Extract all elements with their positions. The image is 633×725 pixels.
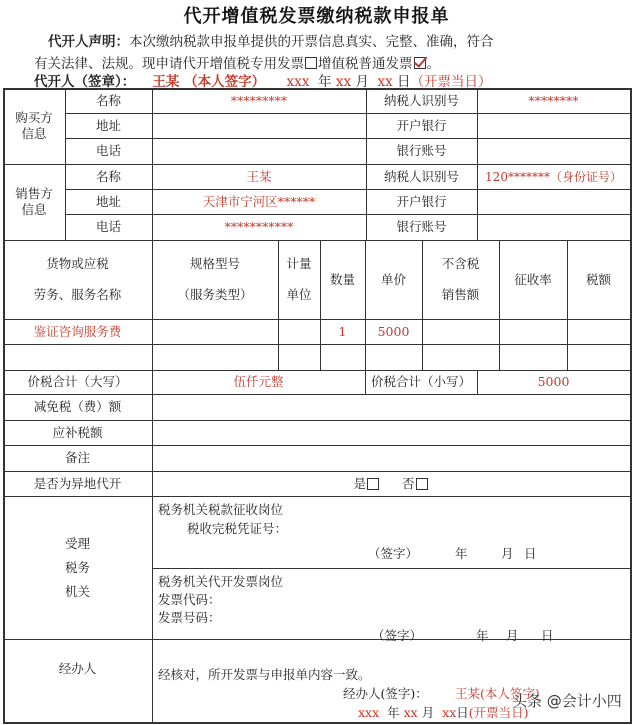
handler-statement: 经核对，所开发票与申报单内容一致。 — [158, 665, 371, 683]
buyer-phone-value[interactable] — [152, 138, 366, 164]
seller-name-label: 名称 — [65, 164, 152, 189]
seller-account-label: 银行账号 — [366, 214, 477, 240]
tax-payable-value[interactable] — [152, 420, 630, 445]
remote-yes-checkbox[interactable] — [367, 478, 379, 490]
remarks-label: 备注 — [3, 445, 152, 471]
item-1-name[interactable]: 鉴证咨询服务费 — [3, 319, 152, 344]
invoicing-sign-label: （签字） — [372, 626, 422, 644]
applicant-sign-line: 代开人（签章）： 王某 （本人签字） xxx 年 xx 月 xx 日（开票当日） — [34, 70, 491, 90]
collection-day-label: 日 — [524, 544, 537, 562]
remote-issue-options: 是 否 — [152, 471, 630, 496]
invoicing-day-label: 日 — [541, 626, 554, 644]
form-title: 代开增值税发票缴纳税款申报单 — [0, 2, 633, 28]
invoicing-month-label: 月 — [506, 626, 519, 644]
header-net-line2: 销售额 — [442, 287, 480, 303]
seller-phone-value[interactable]: *********** — [152, 214, 366, 240]
buyer-name-label: 名称 — [65, 88, 152, 113]
collection-post-title: 税务机关税款征收岗位 — [158, 500, 283, 518]
item-1-levy-rate[interactable] — [499, 319, 567, 344]
handler-month-value: xx — [404, 705, 418, 720]
handler-year-value: xxx — [358, 705, 379, 720]
item-1-unit[interactable] — [278, 319, 320, 344]
handler-label: 经办人 — [3, 639, 152, 699]
collection-voucher-label: 税收完税凭证号： — [187, 519, 287, 537]
item-2-name[interactable] — [3, 344, 152, 370]
item-1-unit-price[interactable]: 5000 — [365, 319, 422, 344]
invoicing-post-title: 税务机关代开发票岗位 — [158, 572, 283, 590]
normal-invoice-checkbox-checked[interactable] — [414, 57, 426, 69]
header-tax-amount: 税额 — [567, 240, 630, 319]
header-spec: 规格型号 （服务类型） — [152, 240, 278, 319]
buyer-bank-value[interactable] — [477, 113, 630, 138]
declaration-line-2: 有关法律、法规。现申请代开增值税专用发票增值税普通发票。 — [34, 52, 440, 72]
seller-address-label: 地址 — [65, 189, 152, 214]
buyer-address-value[interactable] — [152, 113, 366, 138]
header-goods-name: 货物或应税 劳务、服务名称 — [3, 240, 152, 319]
handler-day-value: xx — [442, 705, 456, 720]
seller-bank-label: 开户银行 — [366, 189, 477, 214]
remote-no-label: 否 — [402, 476, 415, 492]
collection-year-label: 年 — [455, 544, 468, 562]
header-unit-line2: 单位 — [286, 287, 311, 303]
collection-month-label: 月 — [501, 544, 514, 562]
seller-phone-label: 电话 — [65, 214, 152, 240]
remote-issue-label: 是否为异地代开 — [3, 471, 152, 496]
tax-payable-label: 应补税额 — [3, 420, 152, 445]
seller-name-value[interactable]: 王某 — [152, 164, 366, 189]
tax-office-label: 受理 税务 机关 — [3, 496, 152, 639]
invoice-number-label: 发票号码： — [158, 608, 221, 626]
seller-account-value[interactable] — [477, 214, 630, 240]
header-unit: 计量 单位 — [278, 240, 320, 319]
declaration-label: 代开人声明： — [48, 34, 129, 50]
header-levy-rate: 征收率 — [499, 240, 567, 319]
header-unit-line1: 计量 — [286, 256, 311, 272]
header-spec-line2: （服务类型） — [177, 287, 252, 303]
item-1-spec[interactable] — [152, 319, 278, 344]
seller-taxid-label: 纳税人识别号 — [366, 164, 477, 189]
item-1-quantity[interactable]: 1 — [320, 319, 365, 344]
buyer-account-label: 银行账号 — [366, 138, 477, 164]
buyer-taxid-label: 纳税人识别号 — [366, 88, 477, 113]
declaration-text-1: 本次缴纳税款申报单提供的开票信息真实、完整、准确，符合 — [129, 34, 494, 50]
seller-bank-value[interactable] — [477, 189, 630, 214]
handler-sign-label: 经办人(签字)： — [343, 684, 428, 702]
buyer-account-value[interactable] — [477, 138, 630, 164]
remote-yes-label: 是 — [353, 476, 366, 492]
remarks-value[interactable] — [152, 445, 630, 471]
tax-reduction-label: 减免税（费）额 — [3, 394, 152, 420]
handler-day-label: 日 — [456, 705, 469, 720]
seller-taxid-value[interactable]: 120*******（身份证号） — [477, 164, 630, 189]
buyer-phone-label: 电话 — [65, 138, 152, 164]
remote-no-checkbox[interactable] — [416, 478, 428, 490]
handler-month-label: 月 — [422, 705, 435, 720]
total-lower-label: 价税合计（小写） — [365, 370, 477, 394]
handler-date-line: xxx 年 xx 月 xx日(开票当日) — [358, 703, 529, 721]
watermark: 头条 @会计小四 — [512, 690, 622, 711]
special-invoice-checkbox[interactable] — [305, 57, 317, 69]
form-grid: 购买方 信息 名称 ********* 纳税人识别号 ******** 地址 开… — [3, 88, 631, 724]
total-lower-value[interactable]: 5000 — [477, 370, 630, 394]
declaration-line-1: 代开人声明：本次缴纳税款申报单提供的开票信息真实、完整、准确，符合 — [48, 32, 608, 52]
buyer-group-label: 购买方 信息 — [3, 88, 65, 164]
seller-address-value[interactable]: 天津市宁河区****** — [152, 189, 366, 214]
invoice-code-label: 发票代码： — [158, 590, 221, 608]
total-upper-label: 价税合计（大写） — [3, 370, 152, 394]
item-1-tax-amount[interactable] — [567, 319, 630, 344]
header-goods-line1: 货物或应税 — [46, 256, 109, 272]
collection-sign-label: （签字） — [368, 544, 418, 562]
tax-reduction-value[interactable] — [152, 394, 630, 420]
handler-year-label: 年 — [387, 705, 400, 720]
header-goods-line2: 劳务、服务名称 — [34, 287, 122, 303]
buyer-name-value[interactable]: ********* — [152, 88, 366, 113]
seller-group-label: 销售方 信息 — [3, 164, 65, 240]
header-spec-line1: 规格型号 — [190, 256, 240, 272]
total-upper-value[interactable]: 伍仟元整 — [152, 370, 365, 394]
buyer-address-label: 地址 — [65, 113, 152, 138]
header-unit-price: 单价 — [365, 240, 422, 319]
invoicing-year-label: 年 — [476, 626, 489, 644]
header-quantity: 数量 — [320, 240, 365, 319]
header-net-line1: 不含税 — [442, 256, 480, 272]
item-2-rest[interactable] — [152, 344, 630, 370]
item-1-net-amount[interactable] — [422, 319, 499, 344]
header-net-amount: 不含税 销售额 — [422, 240, 499, 319]
buyer-taxid-value[interactable]: ******** — [477, 88, 630, 113]
buyer-bank-label: 开户银行 — [366, 113, 477, 138]
